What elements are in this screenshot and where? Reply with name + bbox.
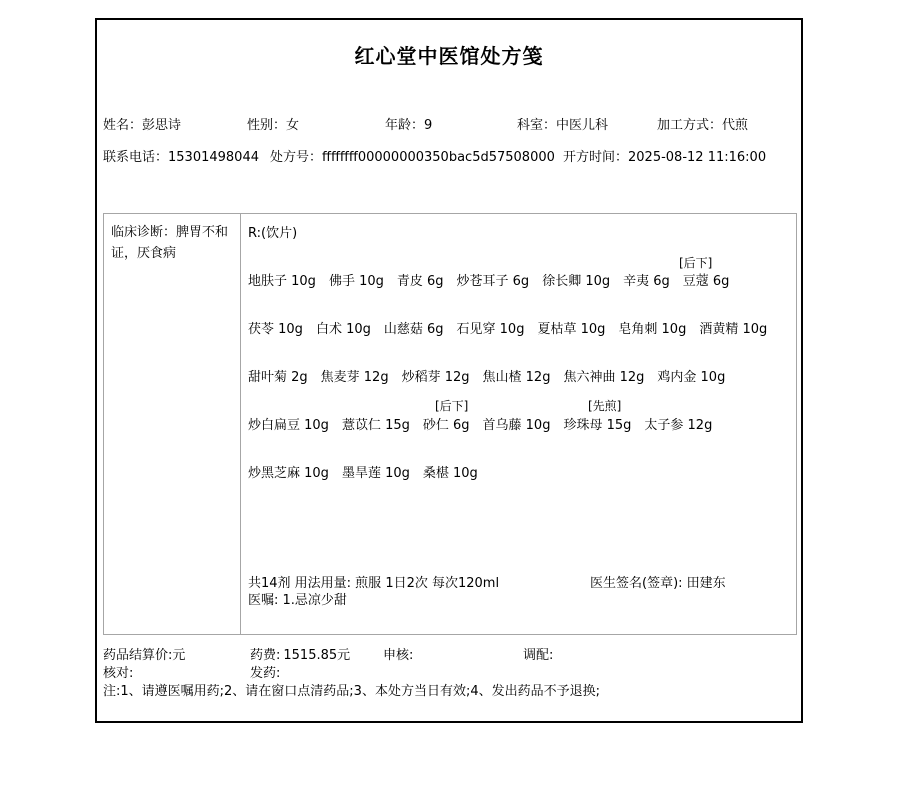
herb-item: 炒白扁豆 10g	[248, 418, 329, 433]
herb-item: 太子参 12g	[644, 418, 712, 433]
field-patient-name: 姓名：彭思诗	[103, 118, 181, 134]
herb-item: 砂仁 6g	[423, 418, 470, 433]
herb-item: 徐长卿 10g	[542, 274, 610, 289]
herb-item: 皂角刺 10g	[618, 322, 686, 337]
patient-gender-value: 女	[286, 118, 299, 133]
field-dispense: 发药:	[250, 666, 283, 682]
herb-item: 辛夷 6g	[623, 274, 670, 289]
dispense-prep-label: 调配:	[523, 648, 553, 663]
diagnosis-label: 临床诊断：	[111, 225, 176, 240]
herb-item: 白术 10g	[316, 322, 371, 337]
field-prescription-number: 处方号：ffffffff00000000350bac5d57508000	[270, 150, 555, 166]
field-patient-gender: 性别：女	[247, 118, 299, 134]
prescription-sheet: 红心堂中医馆处方笺 姓名：彭思诗 性别：女 年龄：9 科室：中医儿科 加工方式：…	[95, 18, 803, 723]
field-patient-age: 年龄：9	[385, 118, 432, 134]
medicine-fee-value: 1515.85元	[283, 648, 350, 663]
herb-item: 酒黄精 10g	[699, 322, 767, 337]
field-processing-method: 加工方式：代煎	[657, 118, 748, 134]
herb-item: 青皮 6g	[397, 274, 444, 289]
herb-item: 甜叶菊 2g	[248, 370, 308, 385]
processing-method-label: 加工方式：	[657, 118, 722, 133]
phone-label: 联系电话：	[103, 150, 168, 165]
herb-item: 焦山楂 12g	[483, 370, 551, 385]
herb-item: 石见穿 10g	[457, 322, 525, 337]
herb-line-2: 茯苓 10g白术 10g山慈菇 6g石见穿 10g夏枯草 10g皂角刺 10g酒…	[248, 322, 780, 338]
herb-item: 首乌藤 10g	[483, 418, 551, 433]
herb-item: 炒稻芽 12g	[402, 370, 470, 385]
usage-line: 共14剂 用法用量: 煎服 1日2次 每次120ml	[248, 576, 499, 592]
review-label: 申核:	[383, 648, 413, 663]
annotation-xianjian-line4: [先煎]	[588, 398, 621, 414]
herb-item: 桑椹 10g	[423, 466, 478, 481]
herb-item: 焦六神曲 12g	[563, 370, 644, 385]
prescribe-time-value: 2025-08-12 11:16:00	[628, 150, 766, 165]
patient-gender-label: 性别：	[247, 118, 286, 133]
annotation-houxia-line1: [后下]	[679, 255, 712, 271]
herb-item: 佛手 10g	[329, 274, 384, 289]
footer-note: 注:1、请遵医嘱用药;2、请在窗口点清药品;3、本处方当日有效;4、发出药品不予…	[103, 684, 600, 700]
field-check: 核对:	[103, 666, 136, 682]
prescription-number-label: 处方号：	[270, 150, 322, 165]
herb-item: 墨旱莲 10g	[342, 466, 410, 481]
prescription-box: 临床诊断：脾胃不和证，厌食病 R:(饮片) [后下] 地肤子 10g佛手 10g…	[103, 213, 797, 635]
herb-item: 豆蔻 6g	[683, 274, 730, 289]
doctor-remark: 医嘱: 1.忌凉少甜	[248, 593, 347, 609]
field-prescribe-time: 开方时间：2025-08-12 11:16:00	[563, 150, 766, 166]
check-label: 核对:	[103, 666, 133, 681]
herb-item: 山慈菇 6g	[384, 322, 444, 337]
herb-line-3: 甜叶菊 2g焦麦芽 12g炒稻芽 12g焦山楂 12g焦六神曲 12g鸡内金 1…	[248, 370, 738, 386]
settlement-price-value: 元	[172, 648, 185, 663]
herb-item: 珍珠母 15g	[563, 418, 631, 433]
field-department: 科室：中医儿科	[517, 118, 608, 134]
settlement-price-label: 药品结算价:	[103, 648, 172, 663]
department-value: 中医儿科	[556, 118, 608, 133]
rx-header: R:(饮片)	[248, 226, 297, 242]
patient-age-value: 9	[424, 118, 432, 133]
herb-item: 茯苓 10g	[248, 322, 303, 337]
prescription-number-value: ffffffff00000000350bac5d57508000	[322, 150, 555, 165]
phone-value: 15301498044	[168, 150, 259, 165]
department-label: 科室：	[517, 118, 556, 133]
dispense-label: 发药:	[250, 666, 280, 681]
herb-item: 炒苍耳子 6g	[457, 274, 530, 289]
herb-item: 薏苡仁 15g	[342, 418, 410, 433]
field-medicine-fee: 药费:1515.85元	[250, 648, 350, 664]
herb-item: 焦麦芽 12g	[321, 370, 389, 385]
herb-line-1: 地肤子 10g佛手 10g青皮 6g炒苍耳子 6g徐长卿 10g辛夷 6g豆蔻 …	[248, 274, 742, 290]
page-title: 红心堂中医馆处方笺	[97, 40, 801, 69]
medicine-fee-label: 药费:	[250, 648, 280, 663]
diagnosis-column: 临床诊断：脾胃不和证，厌食病	[104, 214, 241, 634]
doctor-signature: 医生签名(签章): 田建东	[590, 576, 726, 592]
field-dispense-prep: 调配:	[523, 648, 556, 664]
prescribe-time-label: 开方时间：	[563, 150, 628, 165]
patient-name-value: 彭思诗	[142, 118, 181, 133]
field-review: 申核:	[383, 648, 416, 664]
annotation-houxia-line4: [后下]	[435, 398, 468, 414]
herb-line-4: 炒白扁豆 10g薏苡仁 15g砂仁 6g首乌藤 10g珍珠母 15g太子参 12…	[248, 418, 725, 434]
field-phone: 联系电话：15301498044	[103, 150, 259, 166]
field-settlement-price: 药品结算价:元	[103, 648, 185, 664]
herb-item: 炒黑芝麻 10g	[248, 466, 329, 481]
diagnosis-text: 临床诊断：脾胃不和证，厌食病	[104, 214, 240, 264]
patient-name-label: 姓名：	[103, 118, 142, 133]
patient-age-label: 年龄：	[385, 118, 424, 133]
processing-method-value: 代煎	[722, 118, 748, 133]
herb-item: 地肤子 10g	[248, 274, 316, 289]
herb-item: 鸡内金 10g	[657, 370, 725, 385]
herb-line-5: 炒黑芝麻 10g墨旱莲 10g桑椹 10g	[248, 466, 491, 482]
herb-item: 夏枯草 10g	[537, 322, 605, 337]
